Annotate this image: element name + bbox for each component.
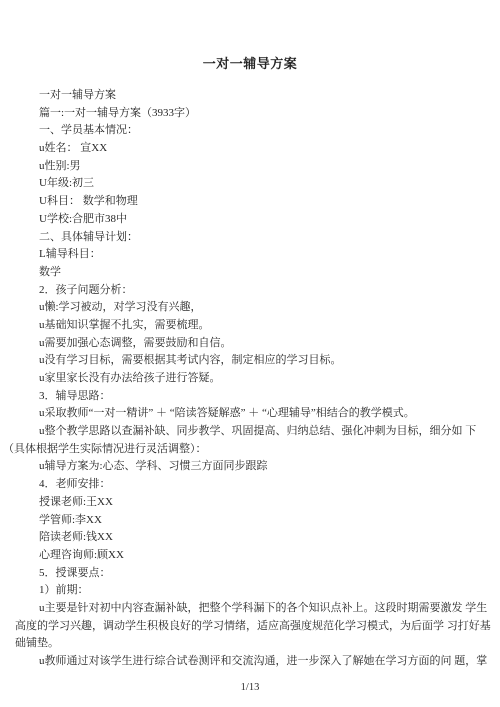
text-line: u没有学习目标，需要根据其考试内容，制定相应的学习目标。 xyxy=(15,352,493,370)
text-line: 篇一:一对一辅导方案（3933字） xyxy=(15,105,493,123)
text-line: （具体根据学生实际情况进行灵活调整）： xyxy=(3,441,493,459)
text-line: 2．孩子问题分析： xyxy=(15,282,493,300)
document-title: 一对一辅导方案 xyxy=(0,53,500,72)
text-line: 学管师:李XX xyxy=(15,512,493,530)
text-line: 心理咨询师:顾XX xyxy=(15,547,493,565)
text-line: u懒:学习被动，对学习没有兴趣， xyxy=(15,299,493,317)
text-line: u主要是针对初中内容查漏补缺，把整个学科漏下的各个知识点补上。这段时期需要激发 … xyxy=(15,600,493,618)
text-line: U科目： 数学和物理 xyxy=(15,193,493,211)
text-line: 二、具体辅导计划： xyxy=(15,229,493,247)
text-line: 4．老师安排： xyxy=(15,476,493,494)
text-line: u性别:男 xyxy=(15,158,493,176)
text-line: u采取教师“一对一精讲” ＋ “陪读答疑解惑” ＋ “心理辅导”相结合的教学模式… xyxy=(15,405,493,423)
document-body: 一对一辅导方案篇一:一对一辅导方案（3933字）一、学员基本情况：u姓名： 宣X… xyxy=(15,87,493,671)
text-line: 陪读老师:钱XX xyxy=(15,529,493,547)
text-line: U年级:初三 xyxy=(15,175,493,193)
text-line: L辅导科目： xyxy=(15,246,493,264)
text-line: u基础知识掌握不扎实，需要梳理。 xyxy=(15,317,493,335)
text-line: 1）前期： xyxy=(15,582,493,600)
text-line: u家里家长没有办法给孩子进行答疑。 xyxy=(15,370,493,388)
text-line: 高度的学习兴趣，调动学生积极良好的学习情绪，适应高强度规范化学习模式，为后面学 … xyxy=(15,618,493,636)
document-page: 一对一辅导方案 一对一辅导方案篇一:一对一辅导方案（3933字）一、学员基本情况… xyxy=(0,0,500,707)
text-line: 授课老师:王XX xyxy=(15,494,493,512)
text-line: u姓名： 宣XX xyxy=(15,140,493,158)
text-line: u整个教学思路以查漏补缺、同步教学、巩固提高、归纳总结、强化冲刺为目标，细分如 … xyxy=(15,423,493,441)
text-line: 一、学员基本情况： xyxy=(15,122,493,140)
text-line: u需要加强心态调整，需要鼓励和自信。 xyxy=(15,335,493,353)
text-line: 数学 xyxy=(15,264,493,282)
text-line: 3．辅导思路： xyxy=(15,388,493,406)
text-line: u教师通过对该学生进行综合试卷测评和交流沟通，进一步深入了解她在学习方面的问 题… xyxy=(15,653,493,671)
text-line: 5．授课要点： xyxy=(15,565,493,583)
page-number: 1/13 xyxy=(0,682,500,693)
text-line: u辅导方案为:心态、学科、习惯三方面同步跟踪 xyxy=(15,458,493,476)
text-line: 一对一辅导方案 xyxy=(15,87,493,105)
text-line: U学校:合肥市38中 xyxy=(15,211,493,229)
text-line: 础铺垫。 xyxy=(15,635,493,653)
